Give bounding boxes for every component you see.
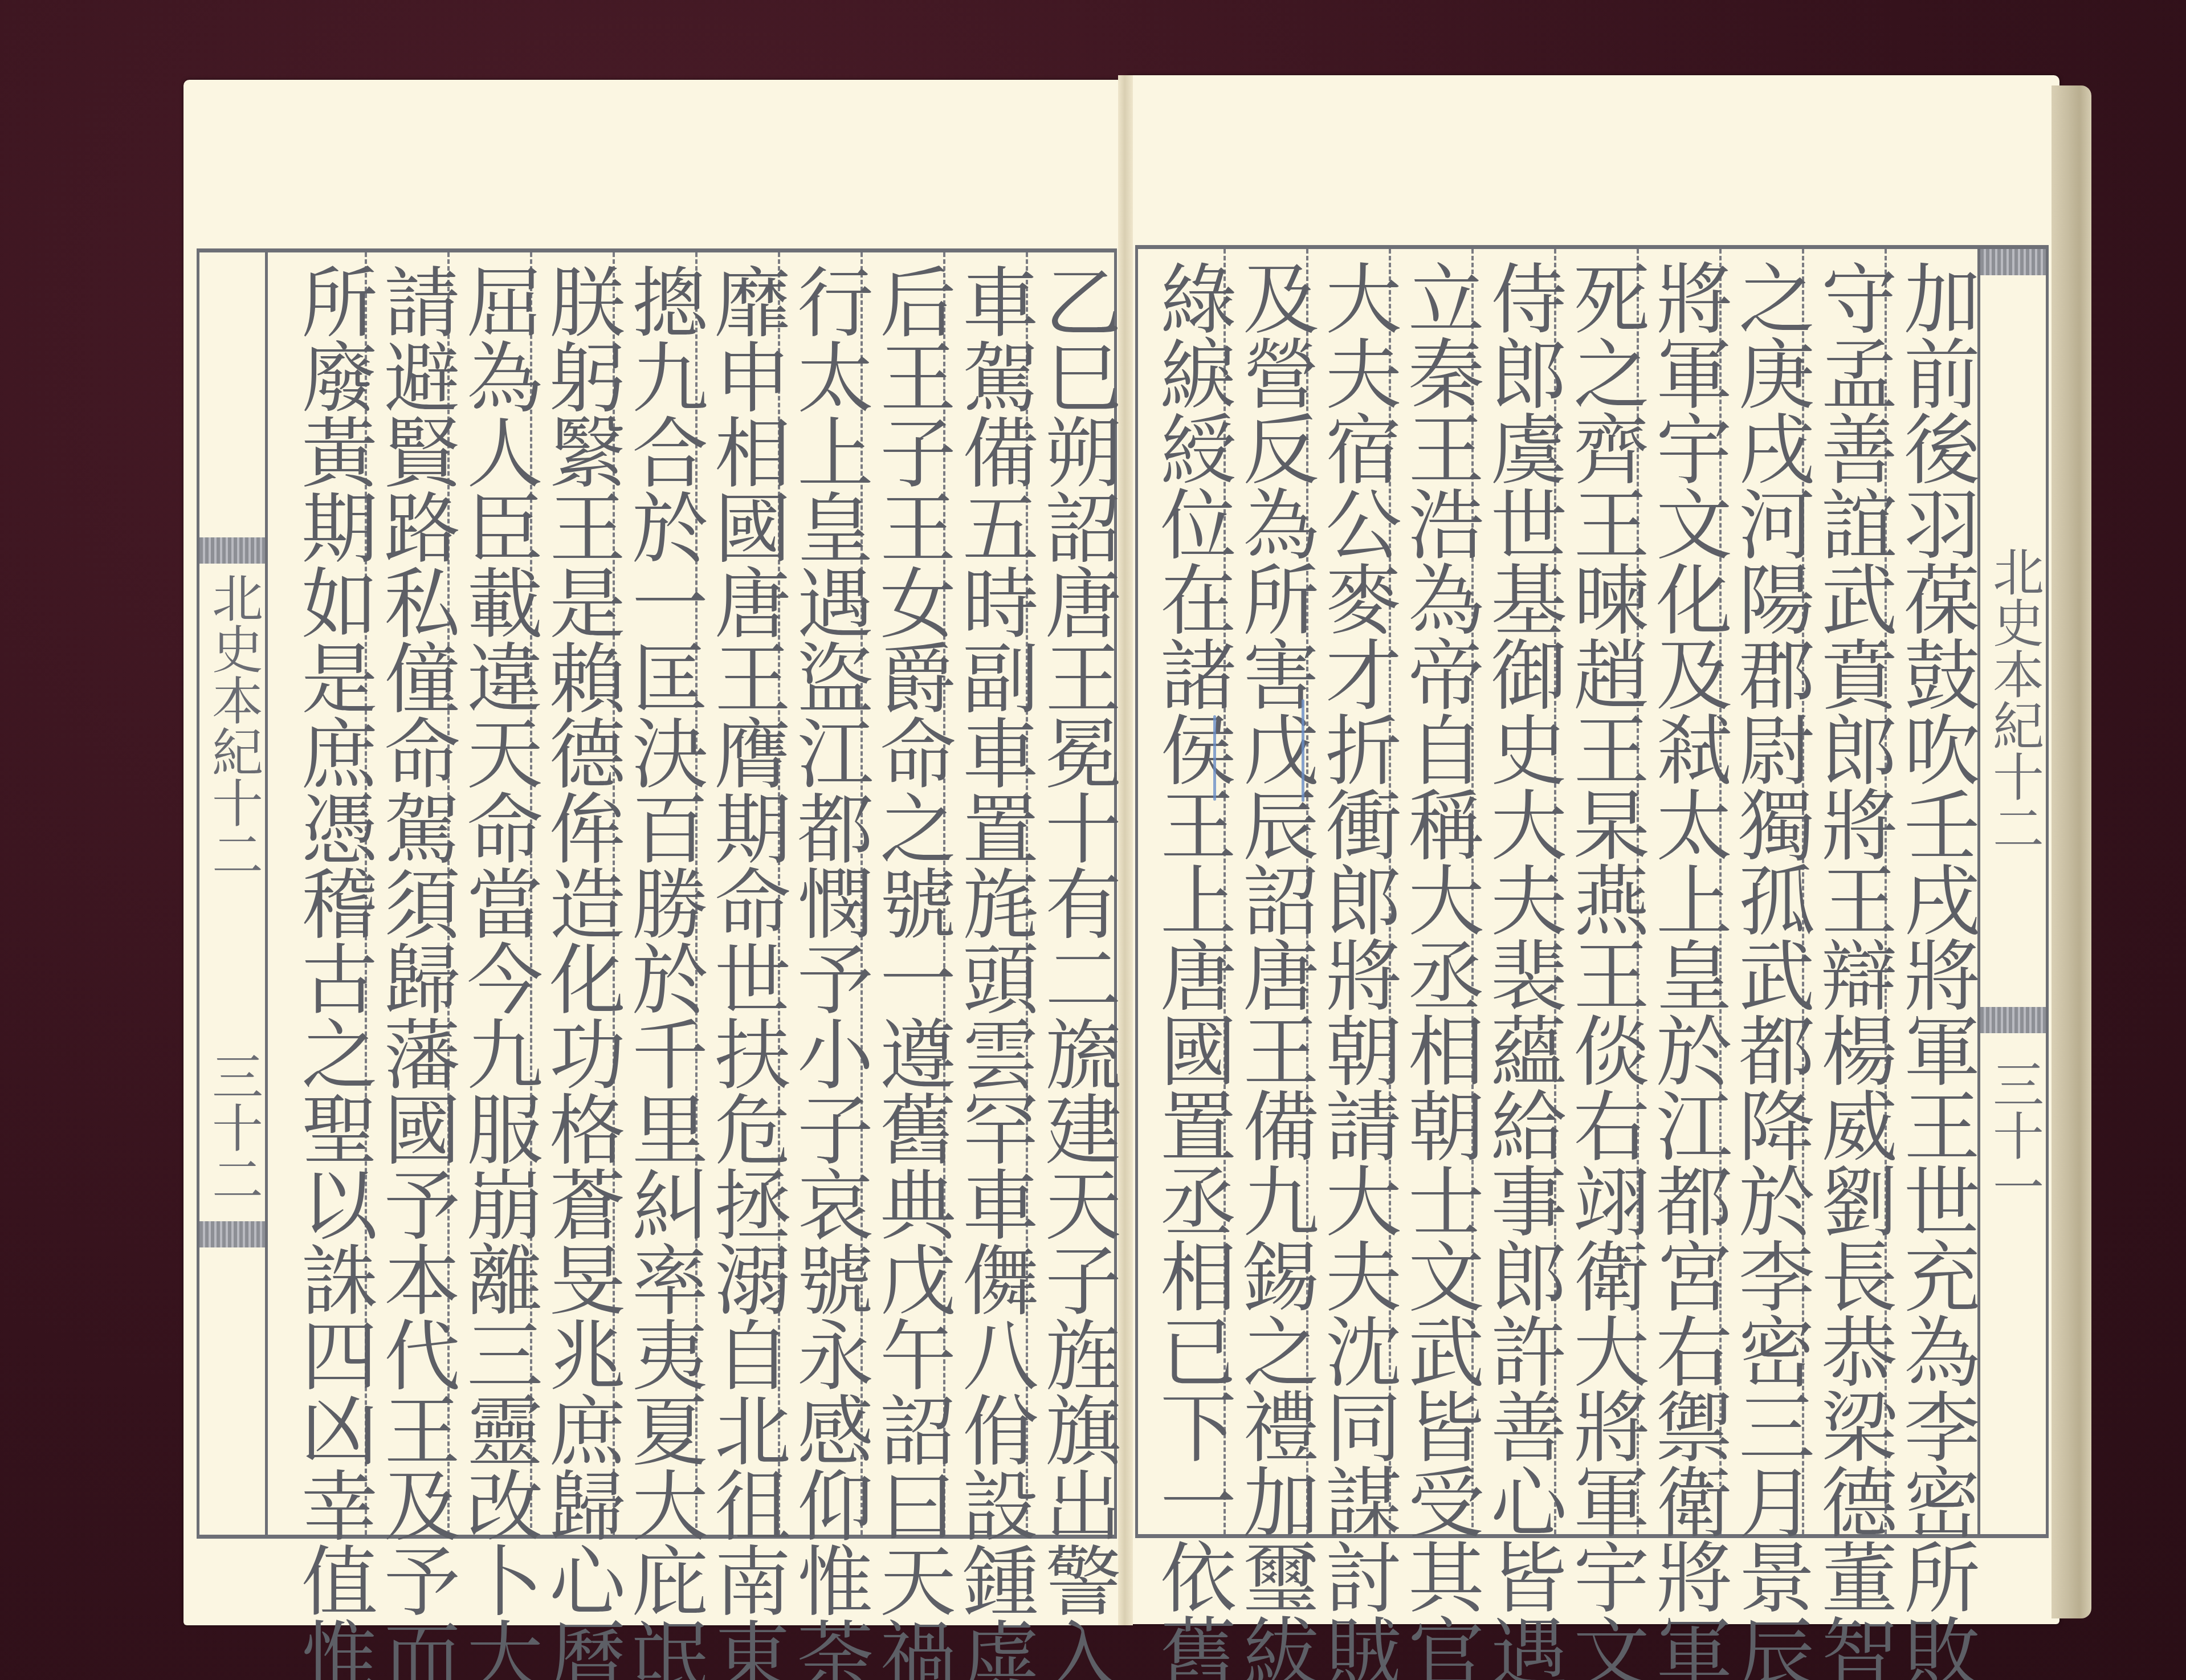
page-stack-edge: [2052, 85, 2091, 1618]
fishtail-mark-top: [199, 537, 265, 564]
text-column: 朕躬繄王是賴德侔造化功格蒼旻兆庶歸心曆數斯在: [536, 252, 627, 1535]
left-margin-title: 北史本紀十二: [204, 572, 261, 879]
text-column: 摠九合於一匡決百勝於千里糾率夷夏大庇氓黎保乂: [618, 252, 709, 1535]
right-page-margin-column: 北史本紀十二 三十一: [1977, 249, 2049, 1534]
text-column: 乙巳朔詔唐王冕十有二旒建天子旌旗出警入蹕金根: [1031, 252, 1123, 1535]
text-column: 行太上皇遇盜江都憫予小子哀號永感仰惟荼毒仇復: [784, 252, 875, 1535]
blue-annotation-mark: [1302, 699, 1304, 802]
text-column: 加前後羽葆鼓吹壬戌將軍王世充為李密所敗河內通: [1890, 249, 1981, 1534]
blue-annotation-mark: [1213, 715, 1216, 801]
fishtail-mark-top: [1980, 249, 2046, 275]
text-column: 之庚戌河陽郡尉獨孤武都降於李密三月景辰右屯衛: [1725, 249, 1816, 1534]
text-column: 后王子王女爵命之號一遵舊典戊午詔曰天禍隋國大: [866, 252, 957, 1535]
right-page-text-frame: 北史本紀十二 三十一 加前後羽葆鼓吹壬戌將軍王世充為李密所敗河內通 守孟善誼武賁…: [1135, 245, 2049, 1538]
left-margin-page-number: 三十二: [204, 1050, 261, 1204]
fishtail-mark-bottom: [1980, 1007, 2046, 1033]
right-margin-page-number: 三十一: [1985, 1058, 2042, 1212]
text-column: 靡申相國唐王膺期命世扶危拯溺自北徂南東征西怨: [701, 252, 792, 1535]
left-page-margin-column: 北史本紀十二 三十二: [197, 252, 268, 1535]
text-column: 死之齊王暕趙王杲燕王倓右翊衛大將軍宇文協內史: [1560, 249, 1651, 1534]
text-column: 請避賢路私僮命駕須歸藩國予本代王及予而代天之: [370, 252, 462, 1535]
text-column: 侍郎虞世基御史大夫裴蘊給事郎許善心皆遇害化及: [1477, 249, 1568, 1534]
fishtail-mark-bottom: [199, 1221, 265, 1247]
text-column: 綠綟綬位在諸侯王上唐國置丞相已下一依舊式五月: [1147, 249, 1238, 1534]
text-column: 車駕備五時副車置旄頭雲罕車儛八佾設鍾虡宮縣王: [949, 252, 1040, 1535]
left-page-text-frame: 乙巳朔詔唐王冕十有二旒建天子旌旗出警入蹕金根 車駕備五時副車置旄頭雲罕車儛八佾設…: [197, 248, 1117, 1539]
text-column: 將軍宇文化及弒太上皇於江都宮右禦衛將軍獨孤盛: [1642, 249, 1734, 1534]
text-column: 屈為人臣載違天命當今九服崩離三靈改卜大運去矣: [453, 252, 544, 1535]
text-column: 立秦王浩為帝自稱大丞相朝士文武皆受其官爵光祿: [1394, 249, 1486, 1534]
right-margin-title: 北史本紀十二: [1985, 545, 2042, 853]
text-column: 及營反為所害戊辰詔唐王備九錫之禮加璽紱遠遊冠: [1229, 249, 1320, 1534]
text-column: 大夫宿公麥才折衝郎將朝請大夫沈同謀討賊夜襲化: [1312, 249, 1403, 1534]
text-column: 守孟善誼武賁郎將王辯楊威劉長恭梁德董智通皆死: [1808, 249, 1899, 1534]
text-column: 所廢黃期如是庶憑稽古之聖以誅四凶幸值惟新之恩: [288, 252, 379, 1535]
